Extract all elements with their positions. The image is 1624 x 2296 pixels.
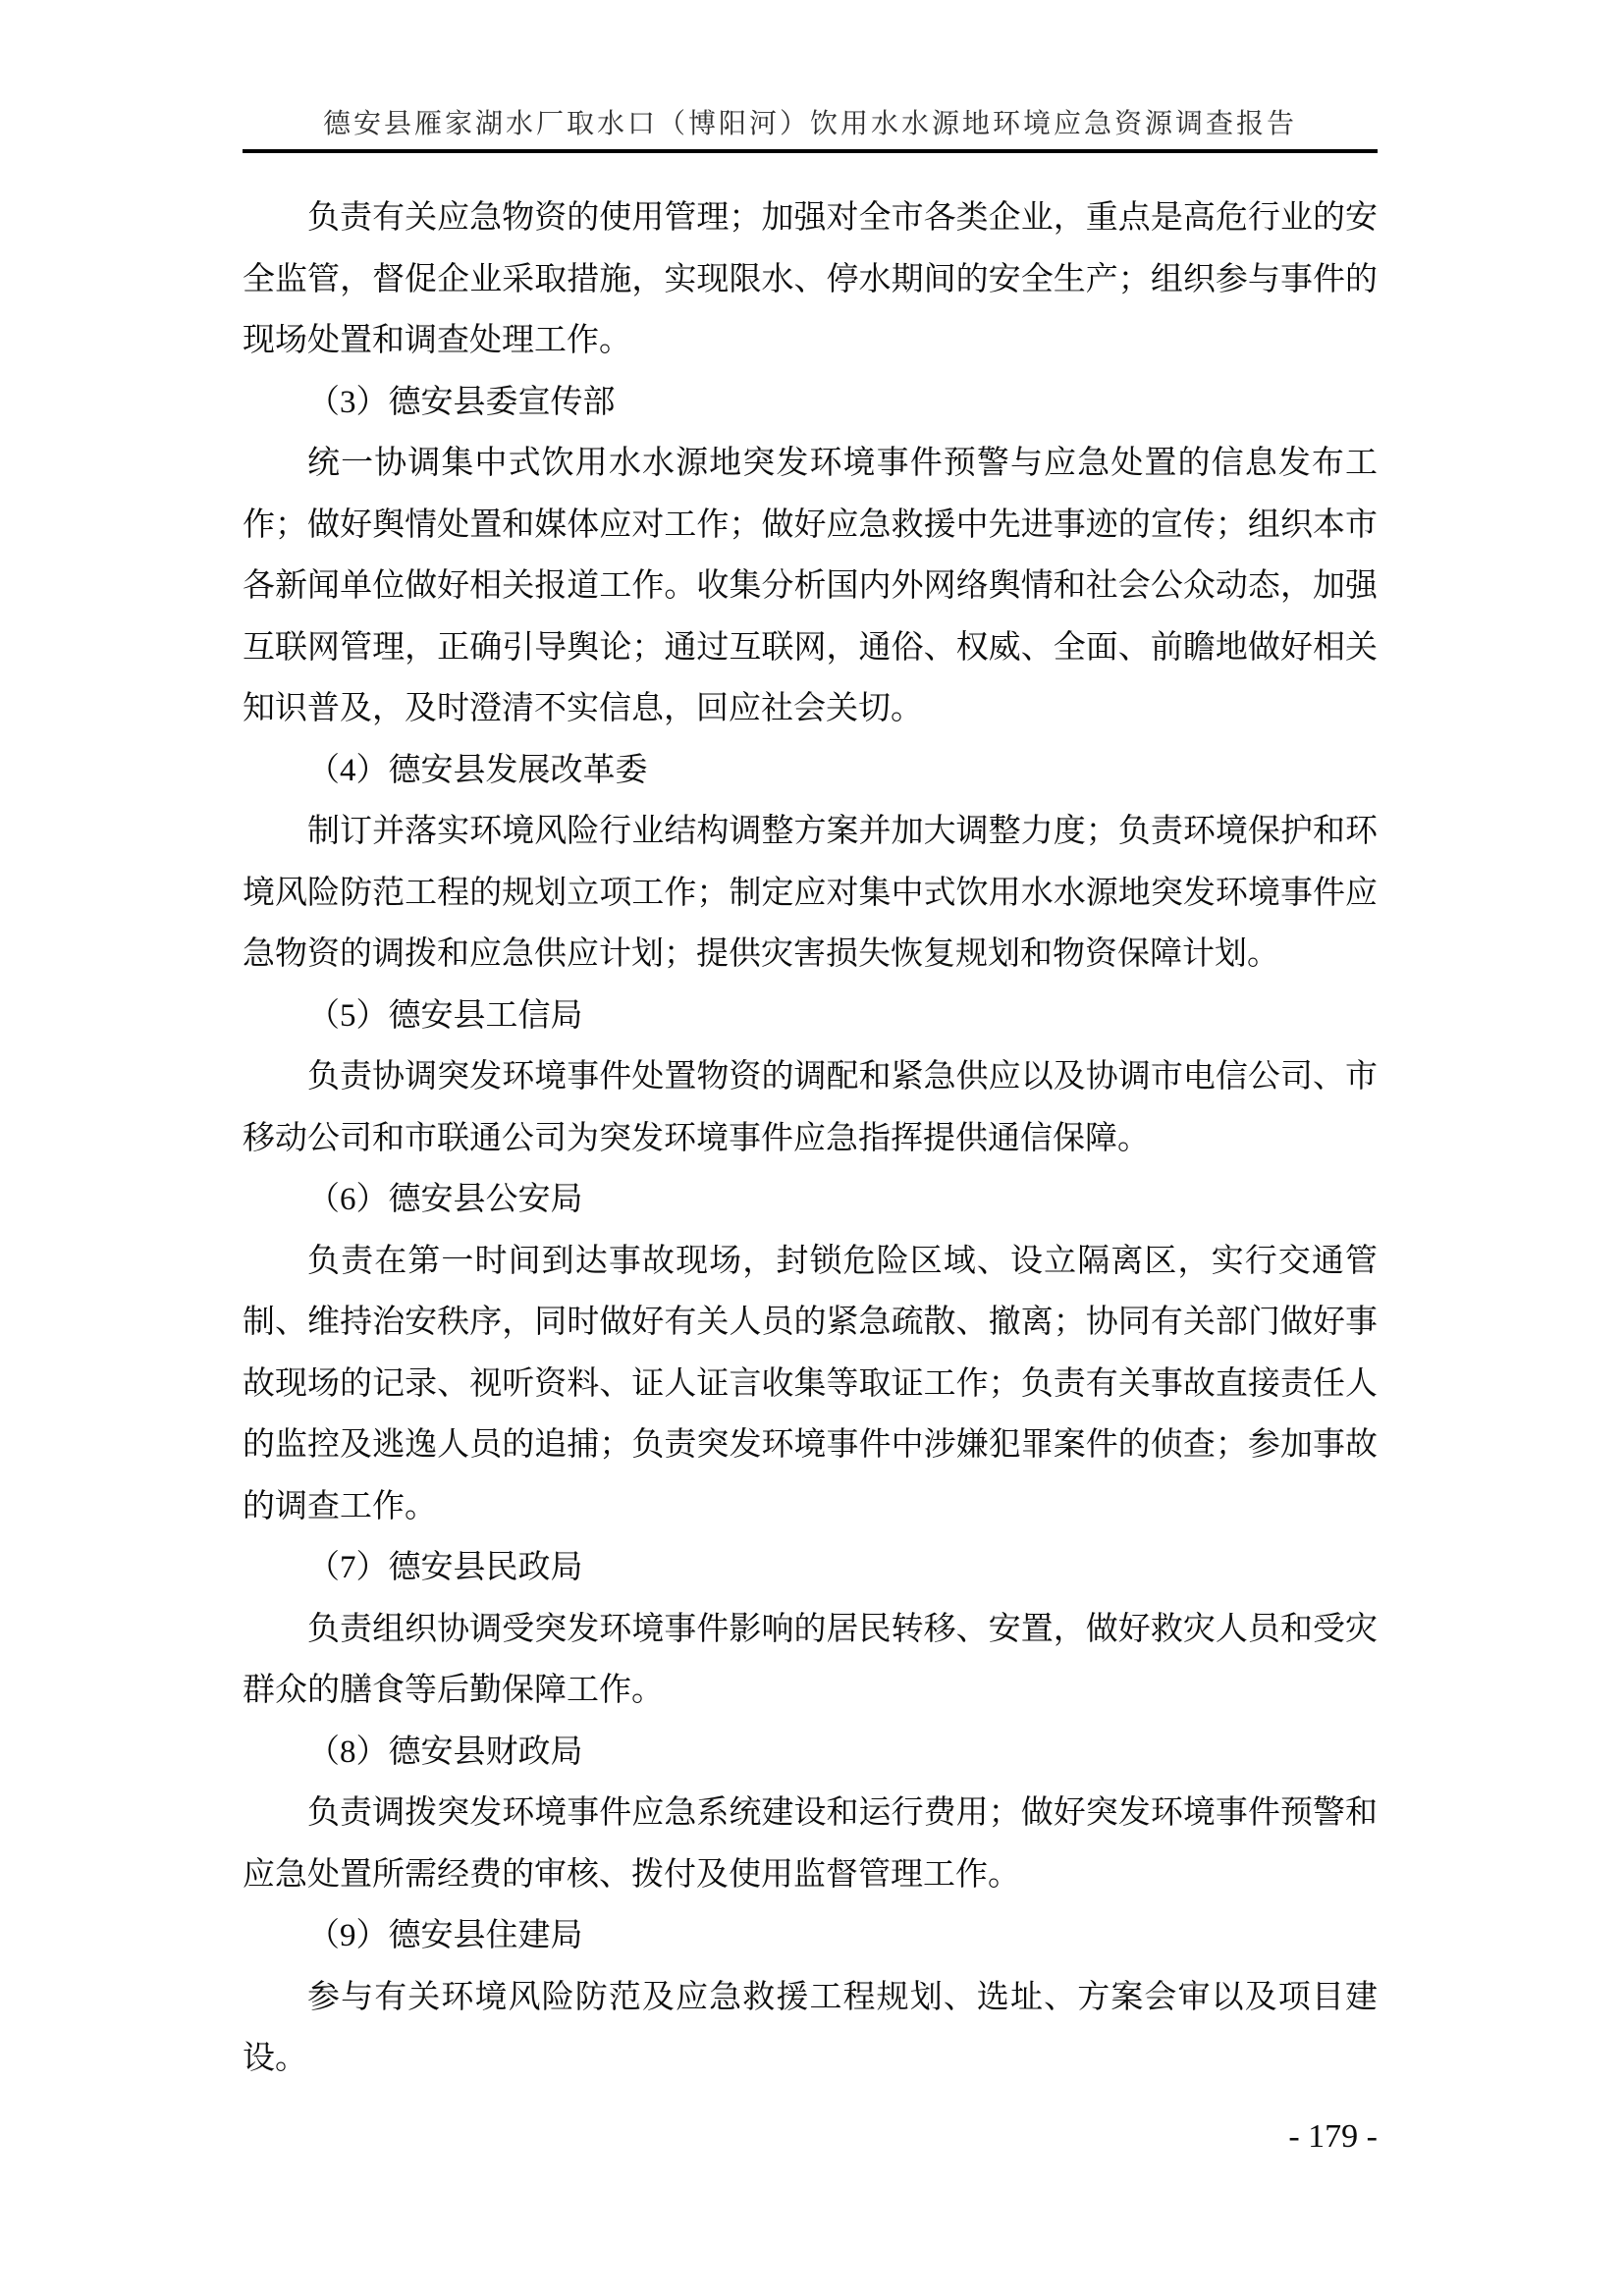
- section-heading: （4）德安县发展改革委: [243, 740, 1378, 802]
- section-heading: （3）德安县委宣传部: [243, 372, 1378, 434]
- body-paragraph: 参与有关环境风险防范及应急救援工程规划、选址、方案会审以及项目建设。: [243, 1967, 1378, 2090]
- page-header: 德安县雁家湖水厂取水口（博阳河）饮用水水源地环境应急资源调查报告: [243, 102, 1378, 141]
- body-paragraph: 制订并落实环境风险行业结构调整方案并加大调整力度；负责环境保护和环境风险防范工程…: [243, 801, 1378, 986]
- section-heading: （6）德安县公安局: [243, 1169, 1378, 1231]
- section-heading: （7）德安县民政局: [243, 1537, 1378, 1599]
- document-page: 德安县雁家湖水厂取水口（博阳河）饮用水水源地环境应急资源调查报告 负责有关应急物…: [0, 0, 1624, 2296]
- document-header-title: 德安县雁家湖水厂取水口（博阳河）饮用水水源地环境应急资源调查报告: [323, 109, 1297, 139]
- body-paragraph: 负责在第一时间到达事故现场，封锁危险区域、设立隔离区，实行交通管制、维持治安秩序…: [243, 1231, 1378, 1538]
- body-paragraph: 负责调拨突发环境事件应急系统建设和运行费用；做好突发环境事件预警和应急处置所需经…: [243, 1783, 1378, 1905]
- body-paragraph: 负责有关应急物资的使用管理；加强对全市各类企业，重点是高危行业的安全监管，督促企…: [243, 187, 1378, 372]
- header-divider: [243, 149, 1378, 153]
- document-body: 负责有关应急物资的使用管理；加强对全市各类企业，重点是高危行业的安全监管，督促企…: [243, 187, 1378, 2090]
- body-paragraph: 负责组织协调受突发环境事件影响的居民转移、安置，做好救灾人员和受灾群众的膳食等后…: [243, 1599, 1378, 1722]
- page-number: - 179 -: [243, 2118, 1378, 2156]
- body-paragraph: 负责协调突发环境事件处置物资的调配和紧急供应以及协调市电信公司、市移动公司和市联…: [243, 1046, 1378, 1169]
- section-heading: （8）德安县财政局: [243, 1722, 1378, 1784]
- section-heading: （5）德安县工信局: [243, 986, 1378, 1047]
- section-heading: （9）德安县住建局: [243, 1905, 1378, 1967]
- body-paragraph: 统一协调集中式饮用水水源地突发环境事件预警与应急处置的信息发布工作；做好舆情处置…: [243, 433, 1378, 740]
